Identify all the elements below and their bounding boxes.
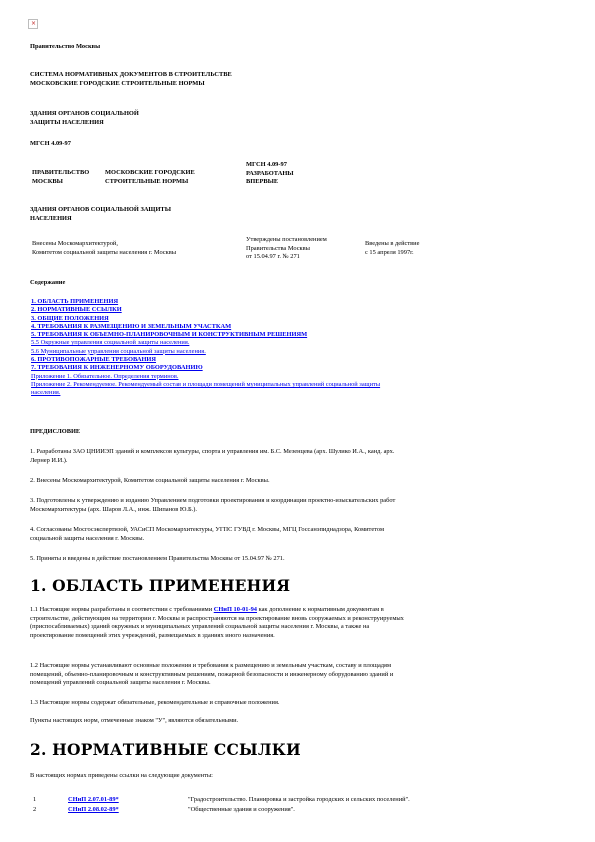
preface-heading: ПРЕДИСЛОВИЕ xyxy=(30,428,80,437)
para-1-post: как дополнение к нормативным документам … xyxy=(257,606,384,613)
toc-item-general[interactable]: 3. ОБЩИЕ ПОЛОЖЕНИЯ xyxy=(31,315,380,323)
section-1-para-2-line2: помещений, объемно-планировочным и конст… xyxy=(30,671,393,680)
reference-code-link[interactable]: СНиП 2.08.02-89* xyxy=(68,806,119,815)
full-title-line2: НАСЕЛЕНИЯ xyxy=(30,215,171,224)
preface-3-line2: Москомархитектуры (арх. Шаров Л.А., инж.… xyxy=(30,506,395,515)
section-1-para-1-line2: строительстве, действующим на территории… xyxy=(30,615,404,624)
toc-item-appendix-2[interactable]: Приложение 2. Рекомендуемое. Рекомендуем… xyxy=(31,381,380,389)
preface-4-line1: 4. Согласованы Мосгосэкспертизой, УАСиСП… xyxy=(30,526,384,535)
toc-heading: Содержание xyxy=(30,279,65,288)
info-col-government: ПРАВИТЕЛЬСТВО МОСКВЫ xyxy=(32,169,89,186)
approved-line1: Утверждены постановлением xyxy=(246,236,327,245)
preface-4-line2: социальной защиты населения г. Москвы. xyxy=(30,535,384,544)
section-1-para-1-line3: (приспосабливаемых) зданий окружных и му… xyxy=(30,623,404,632)
info-col2-line2: СТРОИТЕЛЬНЫЕ НОРМЫ xyxy=(105,178,195,187)
reference-title: "Градостроительство. Планировка и застро… xyxy=(188,796,410,805)
reference-row: 1 СНиП 2.07.01-89* "Градостроительство. … xyxy=(30,796,570,806)
preface-1-line2: Лернер И.И.). xyxy=(30,457,394,466)
info-col-code: МГСН 4.09-97 РАЗРАБОТАНЫ ВПЕРВЫЕ xyxy=(246,161,294,187)
title-line-2: ЗАЩИТЫ НАСЕЛЕНИЯ xyxy=(30,119,139,128)
section-1-para-3: 1.3 Настоящие нормы содержат обязательны… xyxy=(30,699,280,708)
reference-code-link[interactable]: СНиП 2.07.01-89* xyxy=(68,796,119,805)
section-1-para-1-line4: проектирование помещений этих учреждений… xyxy=(30,632,404,641)
introduced-by: Внесены Москомархитектурой, Комитетом со… xyxy=(32,240,176,257)
approved-line2: Правительства Москвы xyxy=(246,245,327,254)
effective-line2: с 15 апреля 1997г. xyxy=(365,249,419,258)
preface-item-2: 2. Внесены Москомархитектурой, Комитетом… xyxy=(30,477,270,486)
info-col1-line2: МОСКВЫ xyxy=(32,178,89,187)
section-1-para-1: 1.1 Настоящие нормы разработаны в соотве… xyxy=(30,606,404,640)
info-col1-line1: ПРАВИТЕЛЬСТВО xyxy=(32,169,89,178)
preface-1-line1: 1. Разработаны ЗАО ЦНИИЭП зданий и компл… xyxy=(30,448,394,457)
toc-item-appendix-2-cont[interactable]: населения. xyxy=(31,389,380,397)
section-2-heading: 2. НОРМАТИВНЫЕ ССЫЛКИ xyxy=(30,741,301,759)
effective-line1: Введены в действие xyxy=(365,240,419,249)
section-1-para-2-line1: 1.2 Настоящие нормы устанавливают основн… xyxy=(30,662,393,671)
snip-10-01-94-link[interactable]: СНиП 10-01-94 xyxy=(214,606,257,613)
document-code: МГСН 4.09-97 xyxy=(30,140,71,149)
reference-number: 1 xyxy=(33,796,36,805)
system-line-1: СИСТЕМА НОРМАТИВНЫХ ДОКУМЕНТОВ В СТРОИТЕ… xyxy=(30,71,232,80)
title-line-1: ЗДАНИЯ ОРГАНОВ СОЦИАЛЬНОЙ xyxy=(30,110,139,119)
references-table: 1 СНиП 2.07.01-89* "Градостроительство. … xyxy=(30,796,570,816)
para-1-pre: 1.1 Настоящие нормы разработаны в соотве… xyxy=(30,606,214,613)
toc-item-fire[interactable]: 6. ПРОТИВОПОЖАРНЫЕ ТРЕБОВАНИЯ xyxy=(31,356,380,364)
document-title: ЗДАНИЯ ОРГАНОВ СОЦИАЛЬНОЙ ЗАЩИТЫ НАСЕЛЕН… xyxy=(30,110,139,127)
section-1-para-4: Пункты настоящих норм, отмеченные знаком… xyxy=(30,717,238,726)
approved-line3: от 15.04.97 г. № 271 xyxy=(246,253,327,262)
toc-item-scope[interactable]: 1. ОБЛАСТЬ ПРИМЕНЕНИЯ xyxy=(31,298,380,306)
preface-item-4: 4. Согласованы Мосгосэкспертизой, УАСиСП… xyxy=(30,526,384,543)
full-title-line1: ЗДАНИЯ ОРГАНОВ СОЦИАЛЬНОЙ ЗАЩИТЫ xyxy=(30,206,171,215)
section-1-para-2-line3: помещений управлений социальной защиты н… xyxy=(30,679,393,688)
system-line-2: МОСКОВСКИЕ ГОРОДСКИЕ СТРОИТЕЛЬНЫЕ НОРМЫ xyxy=(30,80,232,89)
preface-3-line1: 3. Подготовлены к утверждению и изданию … xyxy=(30,497,395,506)
toc-item-municipal[interactable]: 5.6 Муниципальные управления социальной … xyxy=(31,348,380,356)
introduced-line2: Комитетом социальной защиты населения г.… xyxy=(32,249,176,258)
org-name: Правительство Москвы xyxy=(30,43,100,52)
toc-item-placement[interactable]: 4. ТРЕБОВАНИЯ К РАЗМЕЩЕНИЮ И ЗЕМЕЛЬНЫМ У… xyxy=(31,323,380,331)
info-col3-line3: ВПЕРВЫЕ xyxy=(246,178,294,187)
section-1-para-2: 1.2 Настоящие нормы устанавливают основн… xyxy=(30,662,393,688)
section-1-para-1-line1: 1.1 Настоящие нормы разработаны в соотве… xyxy=(30,606,404,615)
full-title: ЗДАНИЯ ОРГАНОВ СОЦИАЛЬНОЙ ЗАЩИТЫ НАСЕЛЕН… xyxy=(30,206,171,223)
effective-date: Введены в действие с 15 апреля 1997г. xyxy=(365,240,419,257)
toc-item-appendix-1[interactable]: Приложение 1. Обязательное. Определения … xyxy=(31,373,380,381)
reference-title: "Общественные здания и сооружения". xyxy=(188,806,295,815)
introduced-line1: Внесены Москомархитектурой, xyxy=(32,240,176,249)
toc-item-references[interactable]: 2. НОРМАТИВНЫЕ ССЫЛКИ xyxy=(31,306,380,314)
preface-item-3: 3. Подготовлены к утверждению и изданию … xyxy=(30,497,395,514)
info-col-norms: МОСКОВСКИЕ ГОРОДСКИЕ СТРОИТЕЛЬНЫЕ НОРМЫ xyxy=(105,169,195,186)
section-1-heading: 1. ОБЛАСТЬ ПРИМЕНЕНИЯ xyxy=(30,577,290,595)
toc-item-district[interactable]: 5.5 Окружные управления социальной защит… xyxy=(31,339,380,347)
info-col3-line2: РАЗРАБОТАНЫ xyxy=(246,170,294,179)
broken-image-icon: × xyxy=(28,19,38,29)
section-2-intro: В настоящих нормах приведены ссылки на с… xyxy=(30,772,213,781)
reference-row: 2 СНиП 2.08.02-89* "Общественные здания … xyxy=(30,806,570,816)
toc-item-planning[interactable]: 5. ТРЕБОВАНИЯ К ОБЪЕМНО-ПЛАНИРОВОЧНЫМ И … xyxy=(31,331,380,339)
approved-by: Утверждены постановлением Правительства … xyxy=(246,236,327,262)
info-col3-line1: МГСН 4.09-97 xyxy=(246,161,294,170)
system-title: СИСТЕМА НОРМАТИВНЫХ ДОКУМЕНТОВ В СТРОИТЕ… xyxy=(30,71,232,88)
toc-item-engineering[interactable]: 7. ТРЕБОВАНИЯ К ИНЖЕНЕРНОМУ ОБОРУДОВАНИЮ xyxy=(31,364,380,372)
reference-number: 2 xyxy=(33,806,36,815)
preface-item-1: 1. Разработаны ЗАО ЦНИИЭП зданий и компл… xyxy=(30,448,394,465)
preface-item-5: 5. Приняты и введены в действие постанов… xyxy=(30,555,285,564)
table-of-contents: 1. ОБЛАСТЬ ПРИМЕНЕНИЯ 2. НОРМАТИВНЫЕ ССЫ… xyxy=(31,298,380,398)
info-col2-line1: МОСКОВСКИЕ ГОРОДСКИЕ xyxy=(105,169,195,178)
